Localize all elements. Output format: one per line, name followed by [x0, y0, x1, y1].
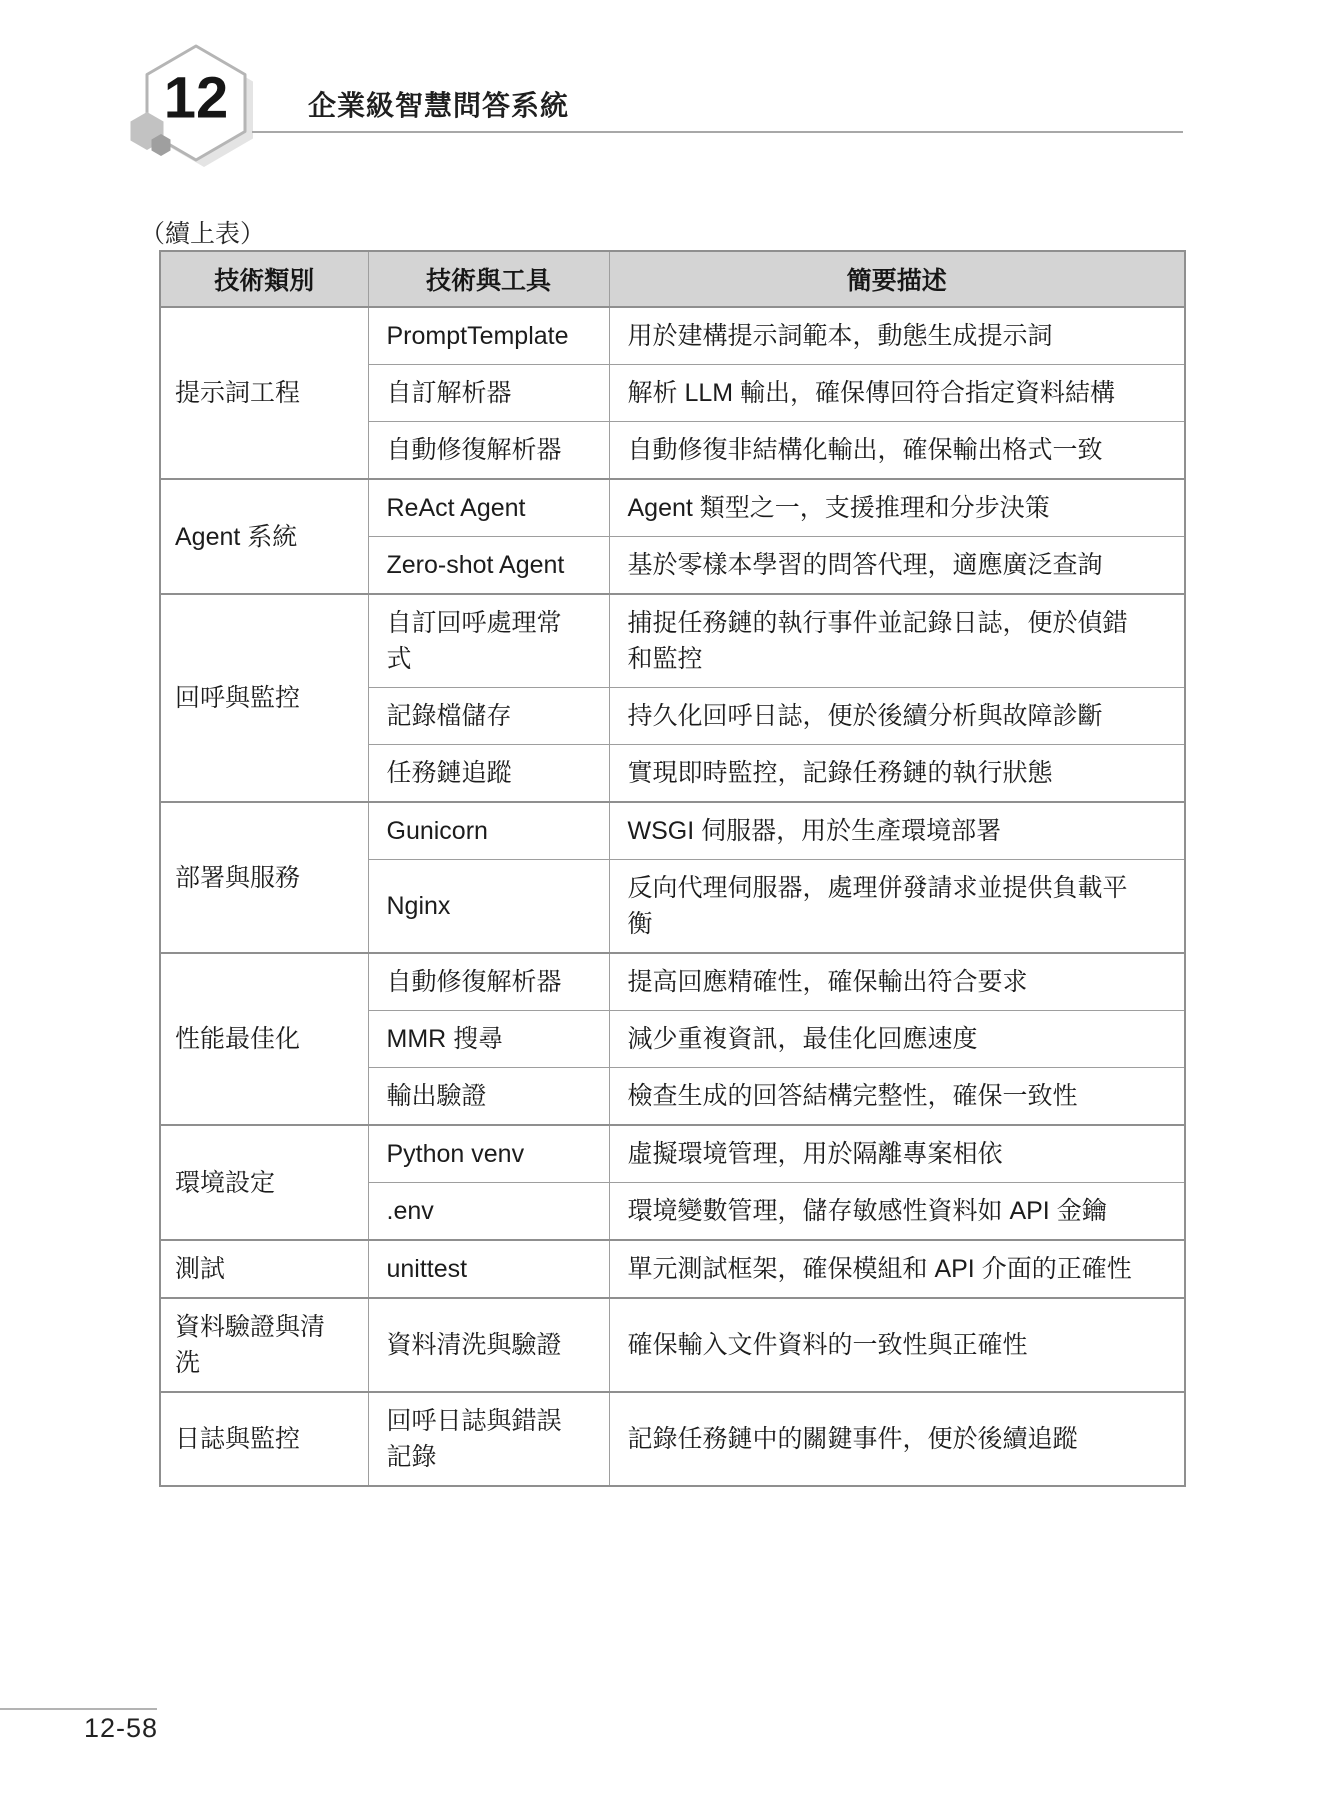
tool-cell: 自訂解析器 — [368, 365, 609, 422]
description-cell: 持久化回呼日誌，便於後續分析與故障診斷 — [609, 688, 1185, 745]
column-header-category: 技術類別 — [160, 251, 368, 307]
description-cell: 檢查生成的回答結構完整性，確保一致性 — [609, 1068, 1185, 1126]
tool-cell: ReAct Agent — [368, 479, 609, 537]
category-cell: 部署與服務 — [160, 802, 368, 953]
description-cell: 解析 LLM 輸出，確保傳回符合指定資料結構 — [609, 365, 1185, 422]
tool-cell: MMR 搜尋 — [368, 1011, 609, 1068]
tech-summary-table: 技術類別 技術與工具 簡要描述 提示詞工程PromptTemplate用於建構提… — [159, 250, 1186, 1487]
tool-cell: .env — [368, 1183, 609, 1241]
chapter-title: 企業級智慧問答系統 — [308, 84, 569, 124]
table-row: 提示詞工程PromptTemplate用於建構提示詞範本，動態生成提示詞 — [160, 307, 1185, 365]
description-cell: 減少重複資訊，最佳化回應速度 — [609, 1011, 1185, 1068]
column-header-description: 簡要描述 — [609, 251, 1185, 307]
continuation-note: （續上表） — [140, 214, 265, 250]
tool-cell: Gunicorn — [368, 802, 609, 860]
description-cell: 環境變數管理，儲存敏感性資料如 API 金鑰 — [609, 1183, 1185, 1241]
tool-cell: Zero-shot Agent — [368, 537, 609, 595]
category-cell: 日誌與監控 — [160, 1392, 368, 1486]
category-cell: Agent 系統 — [160, 479, 368, 594]
description-cell: 用於建構提示詞範本，動態生成提示詞 — [609, 307, 1185, 365]
description-cell: 記錄任務鏈中的關鍵事件，便於後續追蹤 — [609, 1392, 1185, 1486]
category-cell: 性能最佳化 — [160, 953, 368, 1125]
tool-cell: 自動修復解析器 — [368, 953, 609, 1011]
description-cell: 基於零樣本學習的問答代理，適應廣泛查詢 — [609, 537, 1185, 595]
description-cell: Agent 類型之一，支援推理和分步決策 — [609, 479, 1185, 537]
column-header-tool: 技術與工具 — [368, 251, 609, 307]
description-cell: WSGI 伺服器，用於生產環境部署 — [609, 802, 1185, 860]
book-page: 12 企業級智慧問答系統 （續上表） 技術類別 技術與工具 簡要描述 提示詞工程… — [0, 0, 1339, 1812]
description-cell: 虛擬環境管理，用於隔離專案相依 — [609, 1125, 1185, 1183]
table-row: 性能最佳化自動修復解析器提高回應精確性，確保輸出符合要求 — [160, 953, 1185, 1011]
tool-cell: Nginx — [368, 860, 609, 954]
footer-rule — [0, 1708, 157, 1710]
tool-cell: 任務鏈追蹤 — [368, 745, 609, 803]
tool-cell: 自動修復解析器 — [368, 422, 609, 480]
table-header-row: 技術類別 技術與工具 簡要描述 — [160, 251, 1185, 307]
table-row: 測試unittest單元測試框架，確保模組和 API 介面的正確性 — [160, 1240, 1185, 1298]
description-cell: 確保輸入文件資料的一致性與正確性 — [609, 1298, 1185, 1392]
description-cell: 實現即時監控，記錄任務鏈的執行狀態 — [609, 745, 1185, 803]
table-row: 回呼與監控自訂回呼處理常式捕捉任務鏈的執行事件並記錄日誌，便於偵錯和監控 — [160, 594, 1185, 688]
header-rule — [252, 131, 1183, 133]
tool-cell: unittest — [368, 1240, 609, 1298]
table-row: 日誌與監控回呼日誌與錯誤記錄記錄任務鏈中的關鍵事件，便於後續追蹤 — [160, 1392, 1185, 1486]
table-row: Agent 系統ReAct AgentAgent 類型之一，支援推理和分步決策 — [160, 479, 1185, 537]
tool-cell: 自訂回呼處理常式 — [368, 594, 609, 688]
table-row: 部署與服務GunicornWSGI 伺服器，用於生產環境部署 — [160, 802, 1185, 860]
tool-cell: 回呼日誌與錯誤記錄 — [368, 1392, 609, 1486]
table-row: 資料驗證與清洗資料清洗與驗證確保輸入文件資料的一致性與正確性 — [160, 1298, 1185, 1392]
category-cell: 提示詞工程 — [160, 307, 368, 479]
description-cell: 捕捉任務鏈的執行事件並記錄日誌，便於偵錯和監控 — [609, 594, 1185, 688]
chapter-number: 12 — [164, 66, 229, 131]
description-cell: 反向代理伺服器，處理併發請求並提供負載平衡 — [609, 860, 1185, 954]
tool-cell: 輸出驗證 — [368, 1068, 609, 1126]
category-cell: 回呼與監控 — [160, 594, 368, 802]
page-number: 12-58 — [84, 1713, 158, 1744]
hexagon-badge-icon: 12 — [95, 28, 265, 198]
tool-cell: 資料清洗與驗證 — [368, 1298, 609, 1392]
tool-cell: Python venv — [368, 1125, 609, 1183]
description-cell: 提高回應精確性，確保輸出符合要求 — [609, 953, 1185, 1011]
tool-cell: 記錄檔儲存 — [368, 688, 609, 745]
description-cell: 單元測試框架，確保模組和 API 介面的正確性 — [609, 1240, 1185, 1298]
category-cell: 資料驗證與清洗 — [160, 1298, 368, 1392]
category-cell: 環境設定 — [160, 1125, 368, 1240]
tool-cell: PromptTemplate — [368, 307, 609, 365]
description-cell: 自動修復非結構化輸出，確保輸出格式一致 — [609, 422, 1185, 480]
category-cell: 測試 — [160, 1240, 368, 1298]
table-row: 環境設定Python venv虛擬環境管理，用於隔離專案相依 — [160, 1125, 1185, 1183]
